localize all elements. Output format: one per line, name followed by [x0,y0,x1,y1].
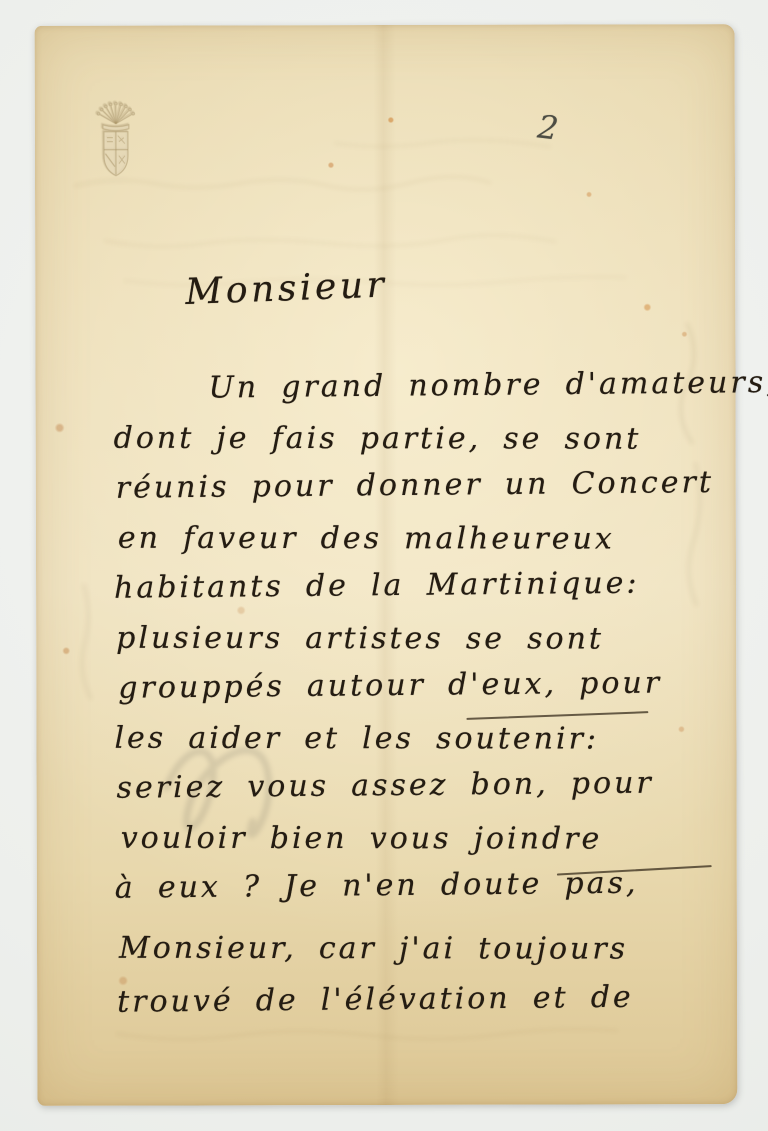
letter-line: les aider et les soutenir: [114,714,768,765]
letter-line: grouppés autour d'eux, pour [118,657,768,713]
letter-body: Un grand nombre d'amateurs, dont je fais… [113,362,768,1028]
letter-line: Monsieur, car j'ai toujours [119,924,768,975]
scan-background: { "letter": { "annotations": { "page_num… [0,0,768,1131]
letter-line: réunis pour donner un Concert [116,457,768,513]
letter-line: Un grand nombre d'amateurs, [208,358,768,413]
letter-line: dont je fais partie, se sont [114,414,768,465]
letter-line: trouvé de l'élévation et de [117,971,768,1027]
salutation: Monsieur [185,264,389,313]
letter-line: vouloir bien vous joindre [121,814,768,865]
page-number-annotation: 2 [536,107,561,147]
coat-of-arms-emboss-icon [90,98,142,193]
letter-line: seriez vous assez bon, pour [116,757,768,813]
letter-line: plusieurs artistes se sont [116,614,768,665]
letter-line: en faveur des malheureux [118,514,768,565]
letter-line: habitants de la Martinique: [114,557,768,613]
letter-line: à eux ? Je n'en doute pas, [115,857,768,913]
letter-page: 2 Monsieur Un grand nombre d'amateurs, d… [35,24,738,1106]
